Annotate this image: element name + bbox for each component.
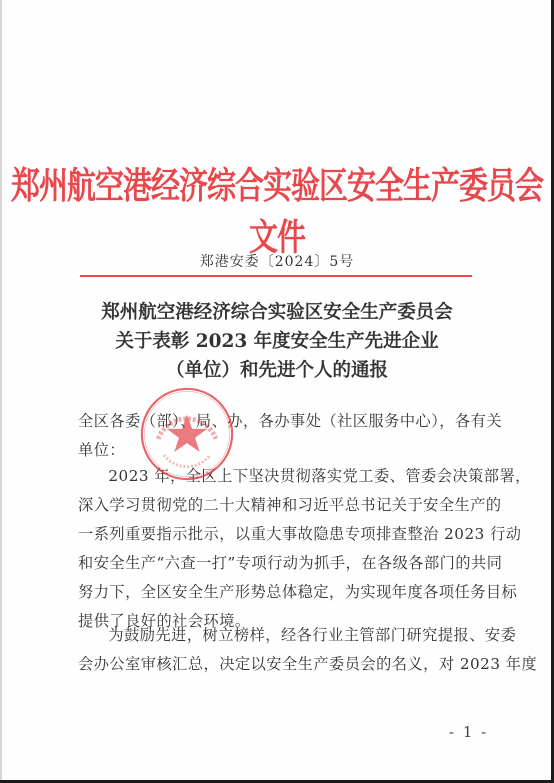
paragraph-1-line-5: 努力下，全区安全生产形势总体稳定，为实现年度各项任务目标 xyxy=(78,578,486,607)
document-title: 郑州航空港经济综合实验区安全生产委员会 关于表彰 2023 年度安全生产先进企业… xyxy=(0,298,554,385)
red-separator-line xyxy=(80,275,472,277)
paragraph-1: 2023 年，全区上下坚决贯彻落实党工委、管委会决策部署， 深入学习贯彻党的二十… xyxy=(78,462,486,636)
paragraph-2-line-1: 为鼓励先进，树立榜样，经各行业主管部门研究提报、安委 xyxy=(78,621,486,650)
paragraph-1-line-1: 2023 年，全区上下坚决贯彻落实党工委、管委会决策部署， xyxy=(78,462,486,491)
paragraph-1-line-3: 一系列重要指示批示，以重大事故隐患专项排查整治 2023 行动 xyxy=(78,520,486,549)
paragraph-2: 为鼓励先进，树立榜样，经各行业主管部门研究提报、安委 会办公室审核汇总，决定以安… xyxy=(78,621,486,679)
salutation-line-1: 全区各委（部）、局、办，各办事处（社区服务中心），各有关 xyxy=(78,407,486,436)
issuer-red-header: 郑州航空港经济综合实验区安全生产委员会文件 xyxy=(0,158,554,261)
salutation-line-2: 单位： xyxy=(78,436,486,465)
title-line-1: 郑州航空港经济综合实验区安全生产委员会 xyxy=(0,298,554,327)
paragraph-2-line-2: 会办公室审核汇总，决定以安全生产委员会的名义，对 2023 年度 xyxy=(78,650,486,679)
title-line-3: （单位）和先进个人的通报 xyxy=(0,356,554,385)
document-page: 郑州航空港经济综合实验区安全生产委员会文件 郑港安委〔2024〕5号 郑州航空港… xyxy=(0,0,554,783)
page-number: - 1 - xyxy=(449,723,488,741)
salutation: 全区各委（部）、局、办，各办事处（社区服务中心），各有关 单位： xyxy=(78,407,486,465)
document-number: 郑港安委〔2024〕5号 xyxy=(0,251,554,271)
paragraph-1-line-2: 深入学习贯彻党的二十大精神和习近平总书记关于安全生产的 xyxy=(78,491,486,520)
title-line-2: 关于表彰 2023 年度安全生产先进企业 xyxy=(0,327,554,356)
paragraph-1-line-4: 和安全生产“六查一打”专项行动为抓手，在各级各部门的共同 xyxy=(78,549,486,578)
page-edge-left xyxy=(0,0,2,783)
